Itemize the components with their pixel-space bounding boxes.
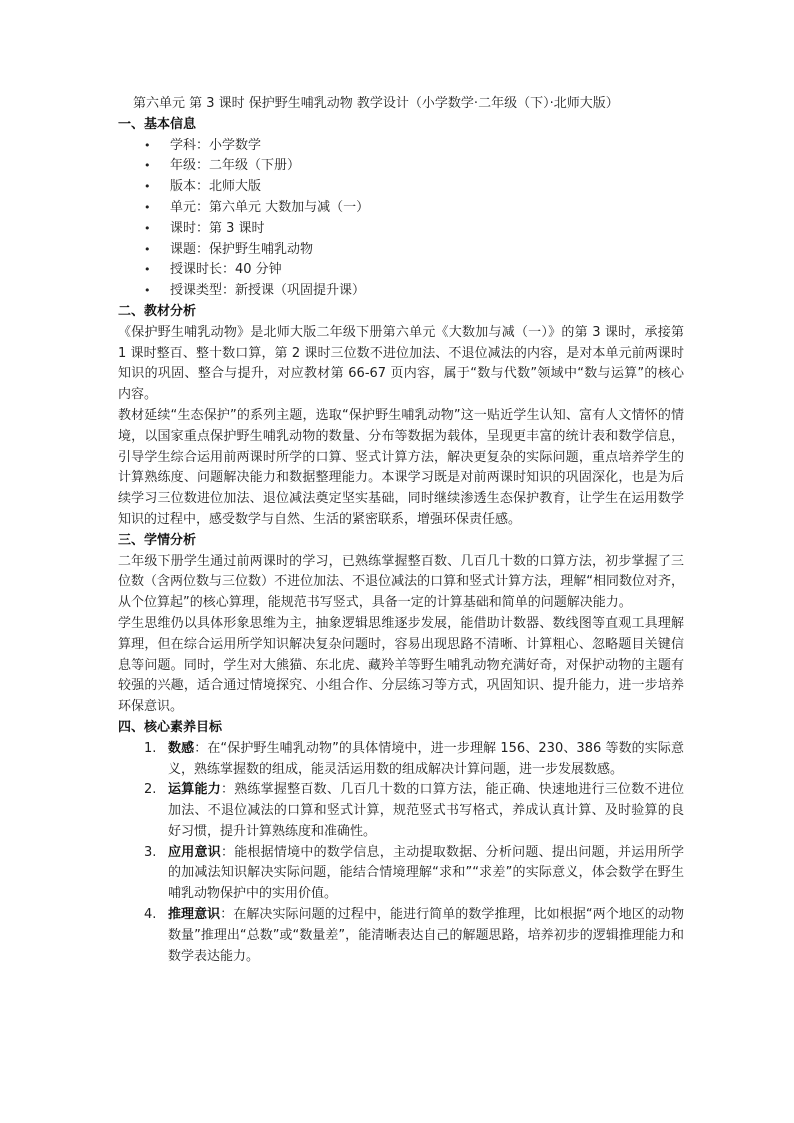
- document-page: 第六单元 第 3 课时 保护野生哺乳动物 教学设计（小学数学·二年级（下）·北师…: [118, 94, 684, 967]
- goal-number: 1.: [144, 739, 156, 760]
- list-item-text: 授课类型：新授课（巩固提升课）: [170, 283, 365, 298]
- list-item: •版本：北师大版: [118, 177, 684, 198]
- section-core-goals: 四、核心素养目标 1.数感：在“保护野生哺乳动物”的具体情境中，进一步理解 15…: [118, 718, 684, 968]
- list-item-text: 学科：小学数学: [170, 138, 261, 153]
- list-item: •单元：第六单元 大数加与减（一）: [118, 198, 684, 219]
- goal-text: ：熟练掌握整百数、几百几十数的口算方法，能正确、快速地进行三位数不进位加法、不退…: [168, 782, 684, 839]
- goal-item: 4.推理意识：在解决实际问题的过程中，能进行简单的数学推理，比如根据“两个地区的…: [118, 905, 684, 967]
- list-item-text: 课时：第 3 课时: [170, 221, 265, 236]
- list-item: •课题：保护野生哺乳动物: [118, 240, 684, 261]
- basic-info-list: •学科：小学数学 •年级：二年级（下册） •版本：北师大版 •单元：第六单元 大…: [118, 136, 684, 302]
- section-heading: 三、学情分析: [118, 531, 684, 552]
- section-heading: 二、教材分析: [118, 302, 684, 323]
- bullet-icon: •: [144, 177, 151, 198]
- core-goals-list: 1.数感：在“保护野生哺乳动物”的具体情境中，进一步理解 156、230、386…: [118, 739, 684, 968]
- list-item-text: 单元：第六单元 大数加与减（一）: [170, 200, 369, 215]
- list-item: •课时：第 3 课时: [118, 219, 684, 240]
- bullet-icon: •: [144, 156, 151, 177]
- goal-item: 2.运算能力：熟练掌握整百数、几百几十数的口算方法，能正确、快速地进行三位数不进…: [118, 780, 684, 842]
- goal-text: ：能根据情境中的数学信息，主动提取数据、分析问题、提出问题，并运用所学的加减法知…: [168, 845, 684, 902]
- list-item-text: 授课时长：40 分钟: [170, 262, 282, 277]
- list-item-text: 课题：保护野生哺乳动物: [170, 242, 313, 257]
- list-item: •授课类型：新授课（巩固提升课）: [118, 281, 684, 302]
- section-textbook-analysis: 二、教材分析 《保护野生哺乳动物》是北师大版二年级下册第六单元《大数加与减（一）…: [118, 302, 684, 531]
- paragraph: 学生思维仍以具体形象思维为主，抽象逻辑思维逐步发展，能借助计数器、数线图等直观工…: [118, 614, 684, 718]
- bullet-icon: •: [144, 281, 151, 302]
- document-title: 第六单元 第 3 课时 保护野生哺乳动物 教学设计（小学数学·二年级（下）·北师…: [133, 94, 684, 115]
- section-basic-info: 一、基本信息 •学科：小学数学 •年级：二年级（下册） •版本：北师大版 •单元…: [118, 115, 684, 302]
- goal-number: 3.: [144, 843, 156, 864]
- paragraph: 二年级下册学生通过前两课时的学习，已熟练掌握整百数、几百几十数的口算方法，初步掌…: [118, 552, 684, 614]
- goal-name: 应用意识: [168, 845, 221, 860]
- list-item: •授课时长：40 分钟: [118, 260, 684, 281]
- section-heading: 一、基本信息: [118, 115, 684, 136]
- paragraph: 教材延续“生态保护”的系列主题，选取“保护野生哺乳动物”这一贴近学生认知、富有人…: [118, 406, 684, 531]
- goal-name: 运算能力: [168, 782, 221, 797]
- bullet-icon: •: [144, 136, 151, 157]
- goal-name: 推理意识: [168, 907, 220, 922]
- goal-name: 数感: [168, 741, 194, 756]
- list-item-text: 年级：二年级（下册）: [170, 158, 300, 173]
- goal-text: ：在解决实际问题的过程中，能进行简单的数学推理，比如根据“两个地区的动物数量”推…: [168, 907, 684, 964]
- list-item: •年级：二年级（下册）: [118, 156, 684, 177]
- section-student-analysis: 三、学情分析 二年级下册学生通过前两课时的学习，已熟练掌握整百数、几百几十数的口…: [118, 531, 684, 718]
- section-heading: 四、核心素养目标: [118, 718, 684, 739]
- bullet-icon: •: [144, 198, 151, 219]
- list-item-text: 版本：北师大版: [170, 179, 261, 194]
- goal-text: ：在“保护野生哺乳动物”的具体情境中，进一步理解 156、230、386 等数的…: [168, 741, 684, 777]
- bullet-icon: •: [144, 260, 151, 281]
- paragraph: 《保护野生哺乳动物》是北师大版二年级下册第六单元《大数加与减（一）》的第 3 课…: [118, 323, 684, 406]
- goal-item: 1.数感：在“保护野生哺乳动物”的具体情境中，进一步理解 156、230、386…: [118, 739, 684, 781]
- goal-item: 3.应用意识：能根据情境中的数学信息，主动提取数据、分析问题、提出问题，并运用所…: [118, 843, 684, 905]
- bullet-icon: •: [144, 219, 151, 240]
- goal-number: 4.: [144, 905, 156, 926]
- list-item: •学科：小学数学: [118, 136, 684, 157]
- bullet-icon: •: [144, 240, 151, 261]
- goal-number: 2.: [144, 780, 156, 801]
